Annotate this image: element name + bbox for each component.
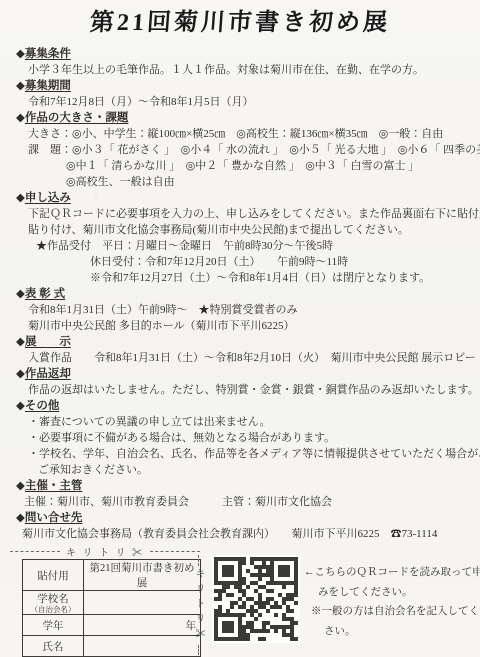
- form-label-name: 氏名: [23, 636, 84, 657]
- form-value-exhibition-title: 第21回菊川市書き初め展: [84, 560, 201, 591]
- heading-text: その他: [25, 400, 60, 412]
- table-row: 学校名（自治会名）: [23, 591, 201, 615]
- form-field-grade[interactable]: 年: [84, 615, 201, 636]
- heading-text: 募集期間: [25, 80, 71, 92]
- line-award-date: 令和8年1月31日（土）午前9時〜 ★特別賞受賞者のみ: [28, 302, 480, 318]
- line-theme-2: ◎中１「 清らかな川 」 ◎中２「 豊かな自然 」 ◎中３「 白雪の富士 」: [66, 158, 480, 174]
- diamond-bullet: ◆: [16, 400, 25, 412]
- section-heading-recruit-period: ◆募集期間: [16, 78, 480, 94]
- school-label-sub: （自治会名）: [27, 606, 79, 614]
- line-theme-3: ◎高校生、一般は自由: [66, 174, 480, 190]
- qr-instructions: ←こちらのＱＲコードを読み取って申し込 みをしてください。 ※一般の方は自治会名…: [304, 563, 480, 641]
- line-other-2: ・必要事項に不備がある場合は、無効となる場合があります。: [28, 430, 480, 446]
- heading-text: 申し込み: [25, 192, 71, 204]
- heading-text: 主催・主管: [25, 480, 83, 492]
- section-heading-contact: ◆問い合せ先: [16, 510, 480, 526]
- dashed-line: [150, 551, 200, 552]
- diamond-bullet: ◆: [16, 48, 25, 60]
- table-row: 氏名: [23, 636, 201, 657]
- line-application-1: 下記ＱＲコードに必要事項を入力の上、申し込みをしてください。また作品裏面右下に貼…: [28, 206, 480, 222]
- form-label-attachment: 貼付用: [23, 560, 84, 591]
- diamond-bullet: ◆: [16, 288, 25, 300]
- diamond-bullet: ◆: [16, 112, 25, 124]
- section-heading-award-ceremony: ◆表 彰 式: [16, 286, 480, 302]
- diamond-bullet: ◆: [16, 336, 25, 348]
- line-size: 大きさ：◎小、中学生：縦100㎝×横25㎝ ◎高校生：縦136㎝×横35㎝ ◎一…: [28, 126, 480, 142]
- line-other-1: ・審査についての異議の申し立ては出来ません。: [28, 414, 480, 430]
- qr-note-line-3: ※一般の方は自治会名を記入してくだ: [311, 602, 480, 622]
- line-award-venue: 菊川市中央公民館 多目的ホール（菊川市下平川6225）: [28, 318, 480, 334]
- form-label-grade: 学年: [23, 615, 84, 636]
- heading-text: 作品返却: [25, 368, 71, 380]
- heading-text: 展 示: [25, 336, 71, 348]
- line-application-holiday: 休日受付：令和7年12月20日（土） 午前9時〜11時: [90, 254, 480, 270]
- qr-note-line-4: さい。: [324, 622, 480, 642]
- school-label: 学校名: [37, 594, 69, 605]
- line-application-2: 貼り付け、菊川市文化協会事務局(菊川市中央公民館)まで提出してください。: [28, 222, 480, 238]
- dashed-line: [198, 645, 199, 656]
- diamond-bullet: ◆: [16, 480, 25, 492]
- section-heading-exhibition: ◆展 示: [16, 334, 480, 350]
- attachment-form-table: 貼付用 第21回菊川市書き初め展 学校名（自治会名） 学年 年 氏名: [22, 559, 201, 657]
- line-recruit-conditions: 小学３年生以上の毛筆作品。１人１作品。対象は菊川市在住、在勤、在学の方。: [28, 62, 480, 78]
- bottom-block: 貼付用 第21回菊川市書き初め展 学校名（自治会名） 学年 年 氏名: [0, 555, 480, 657]
- diamond-bullet: ◆: [16, 368, 25, 380]
- form-field-school[interactable]: [84, 591, 201, 615]
- heading-text: 募集条件: [25, 48, 71, 60]
- diamond-bullet: ◆: [16, 80, 25, 92]
- section-heading-other: ◆その他: [16, 398, 480, 414]
- line-exhibition: 入賞作品 令和8年1月31日（土）〜令和8年2月10日（火） 菊川市中央公民館 …: [28, 350, 480, 366]
- line-application-closed-note: ※令和7年12月27日（土）〜令和8年1月4日（日）は閉庁となります。: [90, 270, 480, 286]
- line-contact: 菊川市文化協会事務局（教育委員会社会教育課内） 菊川市下平川6225 ☎73-1…: [22, 526, 480, 542]
- line-organizer: 主催：菊川市、菊川市教育委員会 主管：菊川市文化協会: [24, 494, 480, 510]
- line-theme-1: 課 題：◎小３「 花がさく 」 ◎小４「 水の流れ 」 ◎小５「 光る大地 」 …: [28, 142, 480, 158]
- line-application-reception: ★作品受付 平日：月曜日〜金曜日 午前8時30分〜午後5時: [36, 238, 480, 254]
- section-heading-return: ◆作品返却: [16, 366, 480, 382]
- line-recruit-period: 令和7年12月8日（月）〜令和8年1月5日（月）: [28, 94, 480, 110]
- heading-text: 表 彰 式: [25, 288, 65, 300]
- dashed-line: [198, 555, 199, 566]
- section-heading-organizer: ◆主催・主管: [16, 478, 480, 494]
- dashed-line: [10, 551, 60, 552]
- form-label-school: 学校名（自治会名）: [23, 591, 84, 615]
- diamond-bullet: ◆: [16, 192, 25, 204]
- qr-code: [212, 555, 300, 643]
- line-other-3-cont: ご承知おきください。: [38, 462, 480, 478]
- form-field-name[interactable]: [84, 636, 201, 657]
- table-row: 貼付用 第21回菊川市書き初め展: [23, 560, 201, 591]
- kiritori-vertical-label: キリトリ✂: [192, 566, 204, 645]
- page-title: 第21回菊川市書き初め展: [0, 0, 480, 46]
- heading-text: 作品の大きさ・課題: [25, 112, 129, 124]
- diamond-bullet: ◆: [16, 512, 25, 524]
- section-heading-recruit-conditions: ◆募集条件: [16, 46, 480, 62]
- heading-text: 問い合せ先: [25, 512, 83, 524]
- qr-note-line-2: みをしてください。: [318, 583, 480, 603]
- line-return-policy: 作品の返却はいたしません。ただし、特別賞・金賞・銀賞・銅賞作品のみ返却いたします…: [28, 382, 480, 398]
- scanned-flyer-page: 第21回菊川市書き初め展 ◆募集条件 小学３年生以上の毛筆作品。１人１作品。対象…: [0, 0, 480, 657]
- cut-line-vertical: キリトリ✂: [192, 555, 204, 655]
- table-row: 学年 年: [23, 615, 201, 636]
- section-heading-application: ◆申し込み: [16, 190, 480, 206]
- line-other-3: ・学校名、学年、自治会名、氏名、作品等を各メディア等に情報提供させていただく場合…: [28, 446, 480, 462]
- section-heading-size-theme: ◆作品の大きさ・課題: [16, 110, 480, 126]
- qr-note-line-1: ←こちらのＱＲコードを読み取って申し込: [304, 563, 480, 583]
